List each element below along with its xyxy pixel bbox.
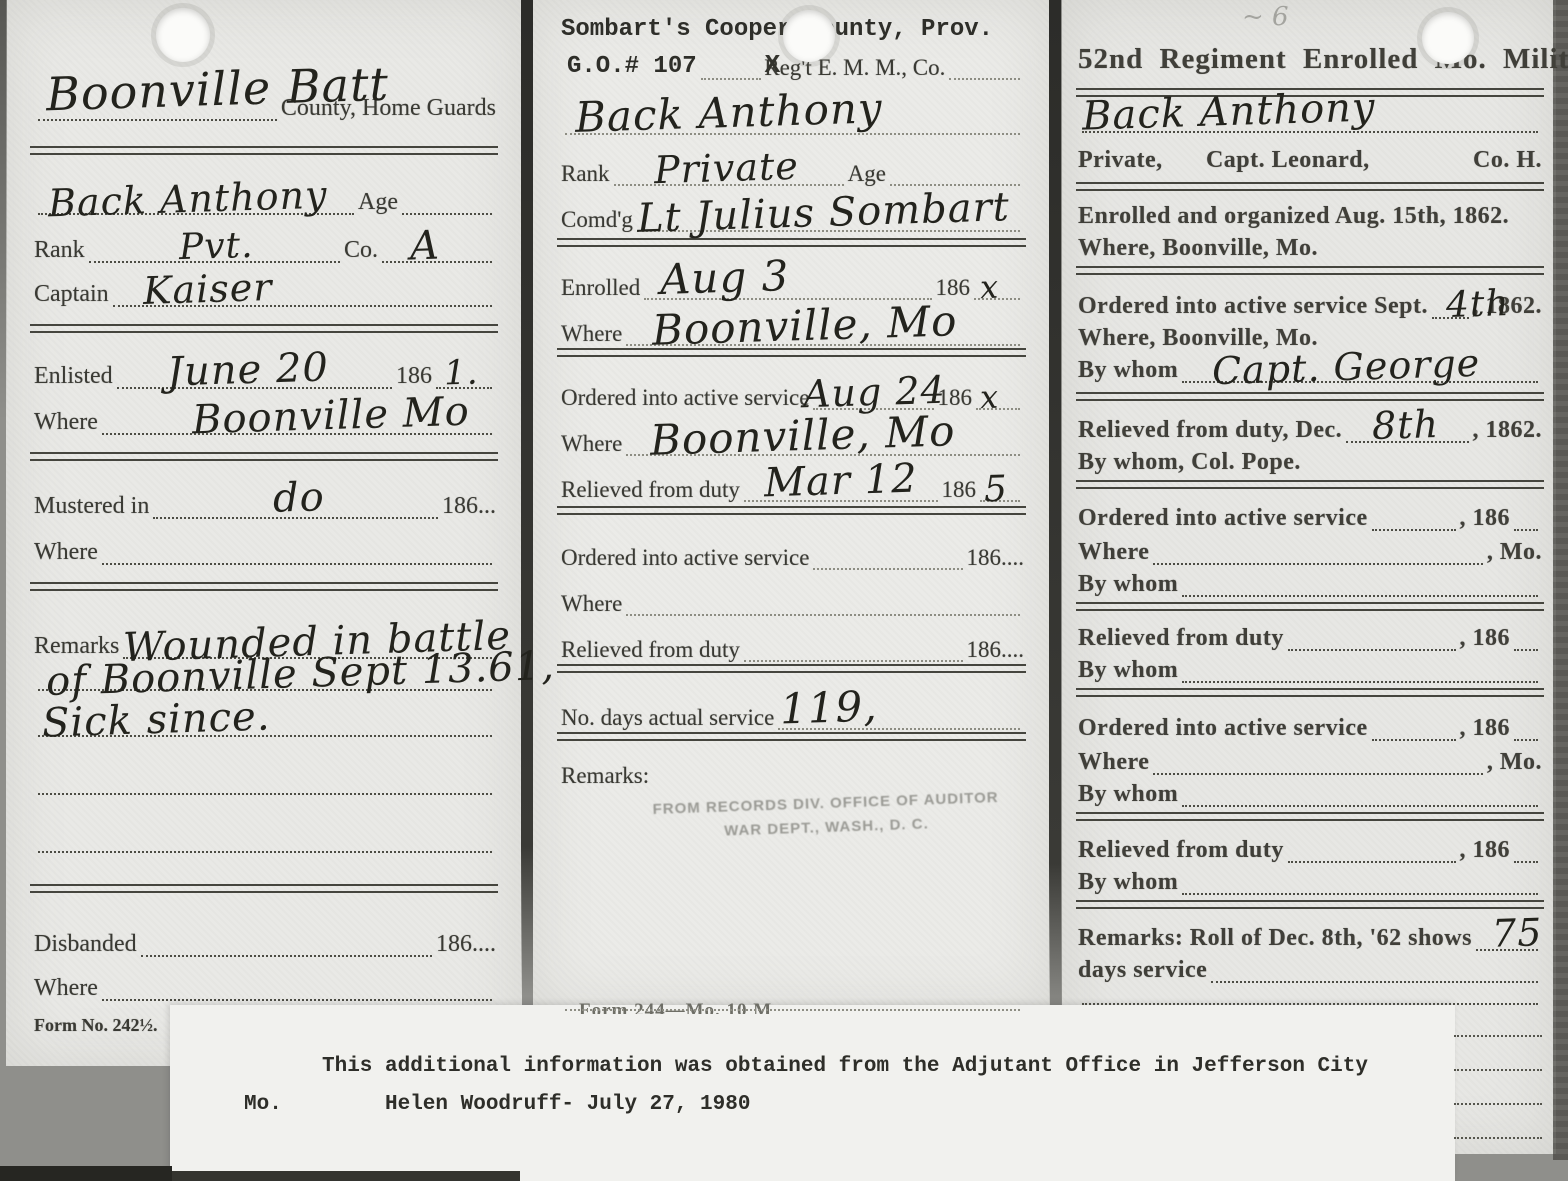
divider-rule <box>30 582 498 591</box>
by-whom-label: By whom <box>1078 358 1178 383</box>
unit-handwriting: Boonville Batt <box>45 57 390 122</box>
by-whom-handwriting: Capt. George <box>1212 341 1481 393</box>
scanned-document: County, Home Guards Boonville Batt Back … <box>0 0 1568 1181</box>
form-number: Form No. 242½. <box>34 1016 157 1035</box>
divider-rule <box>1076 900 1544 909</box>
divider-rule <box>1076 266 1544 275</box>
annotation-line2: Helen Woodruff- July 27, 1980 <box>385 1093 750 1116</box>
captain-handwriting: Kaiser <box>142 265 273 313</box>
co-label: Co. <box>344 238 378 263</box>
divider-rule <box>557 238 1026 247</box>
name-handwriting: Back Anthony <box>1081 84 1376 139</box>
captain-label: Captain <box>34 282 109 307</box>
dotted-line-stub <box>1454 1032 1542 1037</box>
where-label: Where <box>34 976 98 1001</box>
divider-rule <box>1076 392 1544 401</box>
remarks-days-handwriting: 75 <box>1491 910 1543 956</box>
where-label: Where <box>561 432 622 456</box>
dotted-line-stub <box>1454 1066 1542 1071</box>
where-label: Where <box>561 592 622 616</box>
regiment-label: Reg't E. M. M., Co. <box>764 56 945 80</box>
ordered-year-handwriting: x <box>979 378 999 417</box>
enrolled-label: Enrolled <box>561 276 640 300</box>
days-service-label: No. days actual service <box>561 706 774 730</box>
scan-edge-left <box>0 0 7 420</box>
remarks-label: Remarks: <box>561 764 649 788</box>
pencil-mark: ~ 6 <box>1242 2 1289 32</box>
age-label: Age <box>848 162 886 186</box>
enrolled-date-handwriting: Aug 3 <box>659 251 790 304</box>
divider-rule <box>1076 480 1544 489</box>
divider-rule <box>1076 688 1544 697</box>
captain-label: Capt. Leonard, <box>1206 148 1370 173</box>
relieved-blank-label: Relieved from duty <box>1078 626 1284 651</box>
ordered-blank-label: Ordered into active service <box>1078 506 1368 531</box>
card-gap <box>1049 0 1061 1016</box>
dotted-line-stub <box>1454 1100 1542 1105</box>
remarks-label: Remarks: Roll of Dec. 8th, '62 shows <box>1078 926 1472 951</box>
divider-rule <box>30 324 498 333</box>
divider-rule <box>557 506 1026 515</box>
relieved-label: Relieved from duty <box>561 638 740 662</box>
age-label: Age <box>358 190 398 215</box>
enlisted-date-handwriting: June 20 <box>166 345 329 396</box>
company-handwriting: A <box>409 223 440 270</box>
scan-edge-right <box>1553 0 1568 1160</box>
divider-rule <box>1076 812 1544 821</box>
where-label: Where <box>561 322 622 346</box>
scan-edge-bottom <box>172 1171 520 1181</box>
enrolled-year-handwriting: x <box>979 268 999 307</box>
divider-rule <box>1076 182 1544 191</box>
enlisted-year-handwriting: 1. <box>443 353 479 394</box>
auditor-stamp: FROM RECORDS DIV. OFFICE OF AUDITOR WAR … <box>652 786 1000 846</box>
divider-rule <box>1076 602 1544 611</box>
rank-label: Rank <box>561 162 610 186</box>
divider-rule <box>30 452 498 461</box>
disbanded-label: Disbanded <box>34 932 137 957</box>
by-whom-pope: By whom, Col. Pope. <box>1078 450 1301 475</box>
by-whom-label: By whom <box>1078 870 1178 895</box>
annotation-line2-prefix: Mo. <box>244 1093 282 1116</box>
strikeout-x: X <box>765 50 781 80</box>
ordered-label: Ordered into active service <box>561 546 809 570</box>
by-whom-label: By whom <box>1078 658 1178 683</box>
relieved-year-handwriting: 5 <box>983 469 1008 511</box>
regiment-header: 52nd Regiment Enrolled Mo. Militia. <box>1078 44 1568 74</box>
rank-handwriting: Pvt. <box>178 225 254 268</box>
ordered-date-handwriting: 4th <box>1445 283 1510 326</box>
hole-punch <box>783 10 835 62</box>
card-home-guards: County, Home Guards Boonville Batt Back … <box>6 0 522 1066</box>
mustered-handwriting: do <box>273 474 326 522</box>
company-label: Co. H. <box>1473 148 1542 173</box>
dotted-line-stub <box>1454 1134 1542 1139</box>
where-line: Where, Boonville, Mo. <box>1078 236 1318 261</box>
ordered-label: Ordered into active service <box>561 386 809 410</box>
hole-punch <box>156 8 210 62</box>
card-52nd-regiment: ~ 6 52nd Regiment Enrolled Mo. Militia. … <box>1062 0 1556 1154</box>
remarks-handwriting-3: Sick since. <box>41 693 271 746</box>
name-handwriting: Back Anthony <box>574 83 883 142</box>
rank-label: Rank <box>34 238 85 263</box>
relieved-date-handwriting: Mar 12 <box>763 456 918 507</box>
where-blank-label: Where <box>1078 750 1149 775</box>
where-handwriting: Boonville Mo <box>191 389 470 444</box>
days-service-label: days service <box>1078 958 1207 983</box>
typed-general-order: G.O.# 107 <box>567 53 697 80</box>
relieved-label: Relieved from duty <box>561 478 740 502</box>
mustered-label: Mustered in <box>34 494 149 519</box>
rank-handwriting: Private <box>653 144 799 193</box>
relieved-blank-label: Relieved from duty <box>1078 838 1284 863</box>
divider-rule <box>30 146 498 155</box>
enlisted-label: Enlisted <box>34 364 113 389</box>
where-blank-label: Where <box>1078 540 1149 565</box>
relieved-date-handwriting: 8th <box>1372 402 1440 448</box>
commanding-handwriting: Lt Julius Sombart <box>636 184 1010 242</box>
ordered-label: Ordered into active service Sept. <box>1078 294 1428 319</box>
commanding-label: Comd'g <box>561 208 633 232</box>
by-whom-label: By whom <box>1078 782 1178 807</box>
enrolled-line: Enrolled and organized Aug. 15th, 1862. <box>1078 204 1509 229</box>
remarks-label: Remarks <box>34 634 119 659</box>
typed-unit-header: Sombart's Cooper County, Prov. <box>561 16 993 43</box>
relieved-label: Relieved from duty, Dec. <box>1078 418 1342 443</box>
divider-rule <box>557 664 1026 673</box>
divider-rule <box>30 884 498 893</box>
where-label: Where <box>34 540 98 565</box>
name-handwriting: Back Anthony <box>47 173 328 226</box>
annotation-line1: This additional information was obtained… <box>322 1055 1368 1078</box>
where-label: Where <box>34 410 98 435</box>
divider-rule <box>557 732 1026 741</box>
card-gap <box>521 0 533 996</box>
where-handwriting: Boonville, Mo <box>652 296 959 355</box>
by-whom-label: By whom <box>1078 572 1178 597</box>
days-handwriting: 119, <box>780 682 879 734</box>
card-cooper-county: Sombart's Cooper County, Prov. G.O.# 107… <box>533 0 1050 1014</box>
ordered-blank-label: Ordered into active service <box>1078 716 1368 741</box>
hole-punch <box>1422 12 1474 64</box>
private-label: Private, <box>1078 148 1163 173</box>
scan-edge-bottom-left <box>0 1166 172 1181</box>
